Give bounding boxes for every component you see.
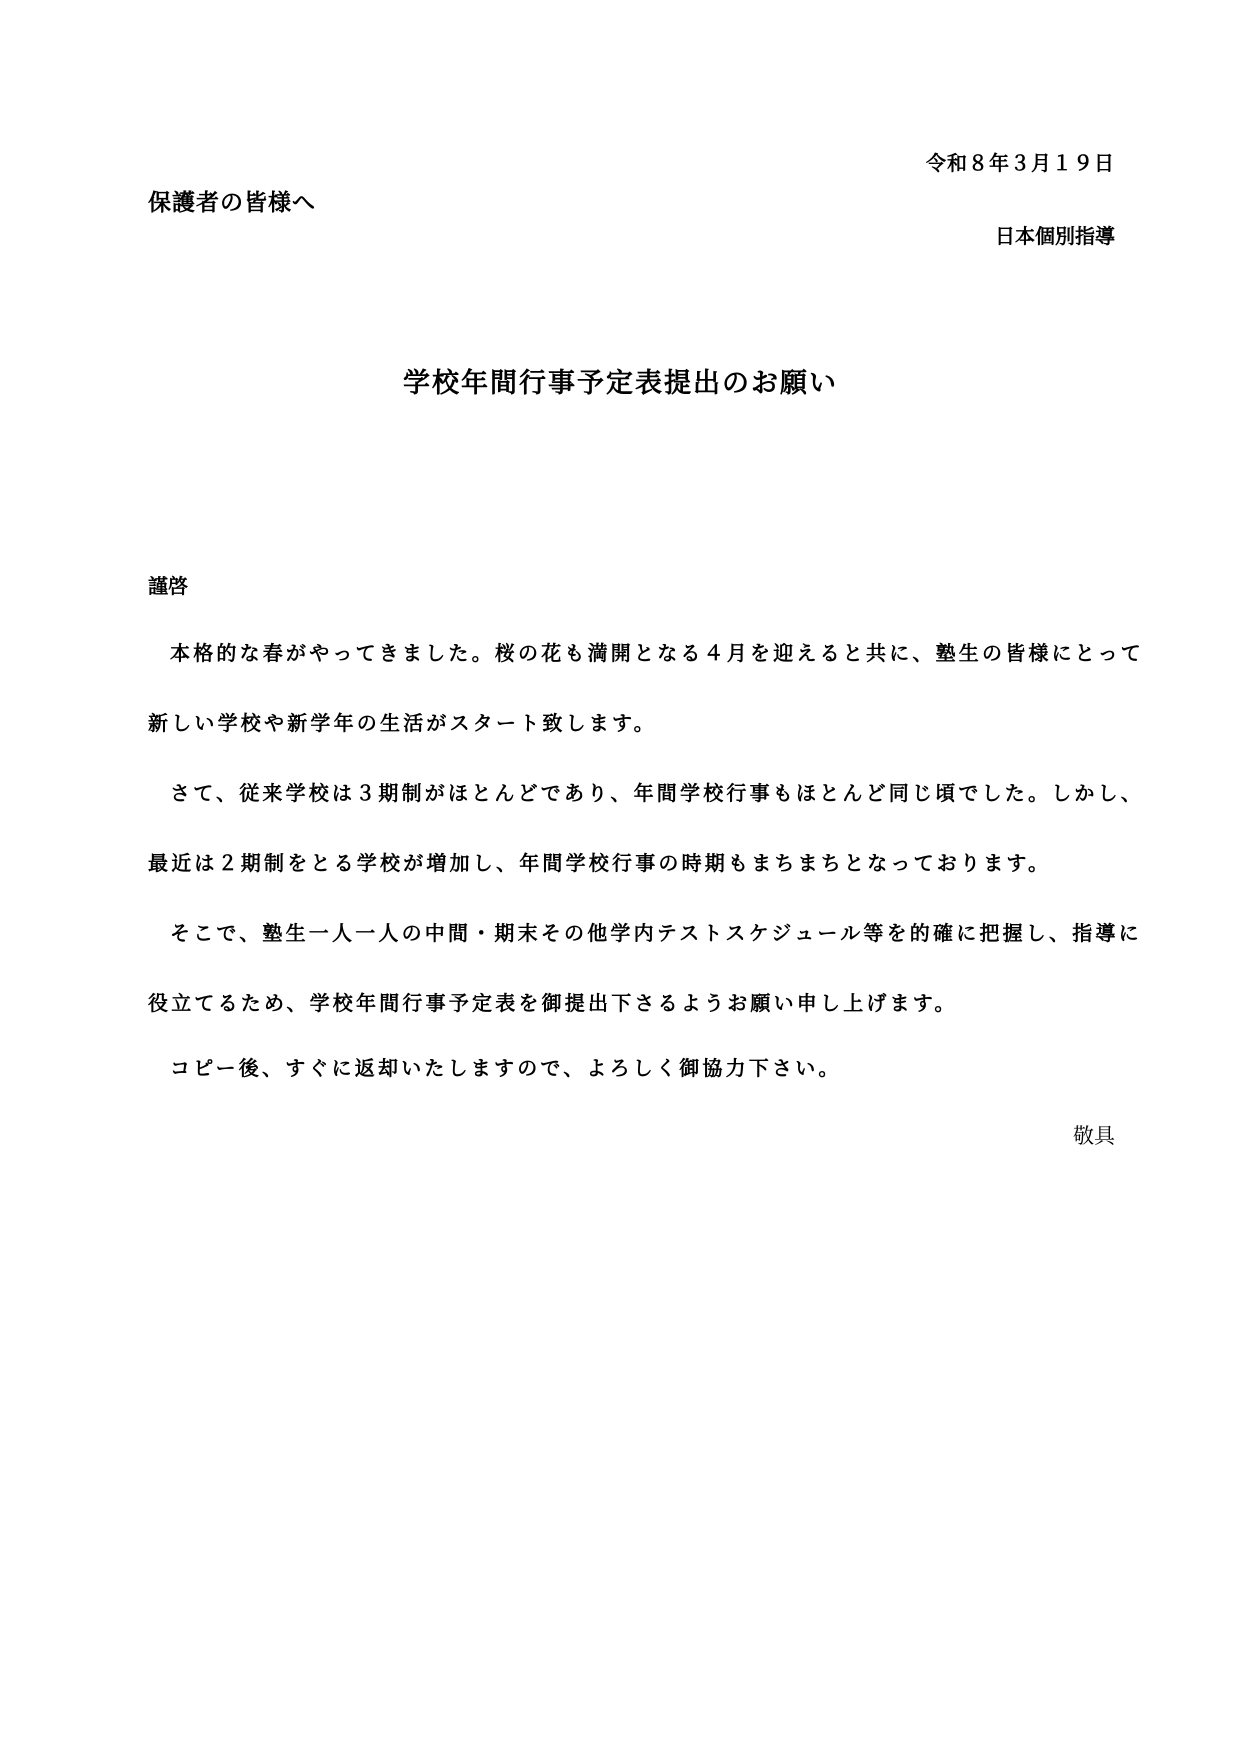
recipient-line: 保護者の皆様へ (148, 184, 316, 217)
body-line: さて、従来学校は３期制がほとんどであり、年間学校行事もほとんど同じ頃でした。しか… (170, 777, 1144, 806)
body-line: 最近は２期制をとる学校が増加し、年間学校行事の時期もまちまちとなっております。 (148, 847, 1051, 876)
body-line: そこで、塾生一人一人の中間・期末その他学内テストスケジュール等を的確に把握し、指… (170, 917, 1142, 946)
document-date: 令和８年３月１９日 (926, 147, 1115, 176)
body-line: 役立てるため、学校年間行事予定表を御提出下さるようお願い申し上げます。 (148, 987, 958, 1016)
body-line: 新しい学校や新学年の生活がスタート致します。 (148, 707, 657, 736)
sender-name: 日本個別指導 (995, 220, 1115, 249)
document-page: 令和８年３月１９日 保護者の皆様へ 日本個別指導 学校年間行事予定表提出のお願い… (0, 0, 1241, 1755)
body-line: コピー後、すぐに返却いたしますので、よろしく御協力下さい。 (170, 1052, 842, 1081)
salutation: 謹啓 (148, 570, 188, 599)
body-line: 本格的な春がやってきました。桜の花も満開となる４月を迎えると共に、塾生の皆様にと… (170, 637, 1144, 666)
closing-phrase: 敬具 (1073, 1120, 1115, 1150)
document-title: 学校年間行事予定表提出のお願い (0, 361, 1241, 400)
